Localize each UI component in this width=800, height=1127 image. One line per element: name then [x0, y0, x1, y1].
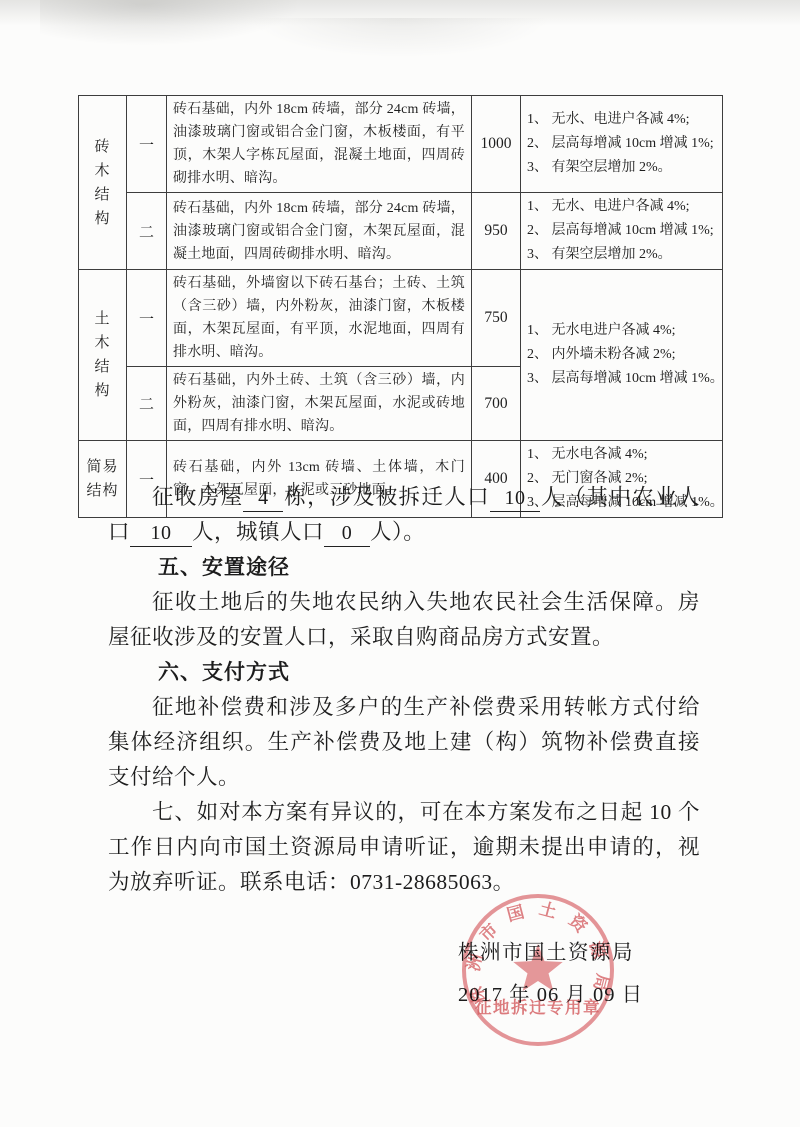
compensation-rates-table: 砖 木 结 构 一 砖石基础，内外 18cm 砖墙，部分 24cm 砖墙，油漆玻…: [78, 95, 723, 518]
table-row: 二 砖石基础，内外 18cm 砖墙，部分 24cm 砖墙，油漆玻璃门窗或铝合金门…: [79, 193, 723, 270]
table-row: 土 木 结 构 一 砖石基础，外墙窗以下砖石基台；土砖、土筑（含三砂）墙，内外粉…: [79, 270, 723, 367]
fill-in-blank: 0: [324, 520, 370, 547]
adjustment-line: 2、 内外墙未粉各减 2%;: [527, 343, 716, 367]
description-cell: 砖石基础，外墙窗以下砖石基台；土砖、土筑（含三砂）墙，内外粉灰，油漆门窗，木板楼…: [167, 270, 472, 367]
paragraph-resettlement: 征收土地后的失地农民纳入失地农民社会生活保障。房屋征收涉及的安置人口，采取自购商…: [108, 585, 700, 655]
description-cell: 砖石基础，内外 18cm 砖墙，部分 24cm 砖墙，油漆玻璃门窗或铝合金门窗，…: [167, 96, 472, 193]
adjustments-cell: 1、 无水、电进户各减 4%; 2、 层高每增减 10cm 增减 1%; 3、 …: [521, 96, 723, 193]
grade-cell: 二: [127, 367, 167, 441]
adjustments-cell: 1、 无水、电进户各减 4%; 2、 层高每增减 10cm 增减 1%; 3、 …: [521, 193, 723, 270]
scanned-document-page: 砖 木 结 构 一 砖石基础，内外 18cm 砖墙，部分 24cm 砖墙，油漆玻…: [0, 0, 800, 1127]
grade-cell: 二: [127, 193, 167, 270]
document-body: 征收房屋4栋，涉及被拆迁人口10人（其中农业人口10人，城镇人口0人）。 五、安…: [108, 480, 700, 900]
issuing-authority: 株洲市国土资源局: [458, 938, 643, 968]
adjustment-line: 3、 有架空层增加 2%。: [527, 243, 716, 267]
fill-in-blank: 10: [490, 485, 540, 512]
scan-smudge: [250, 18, 550, 58]
issue-date: 2017 年 06 月 09 日: [458, 980, 643, 1010]
description-cell: 砖石基础，内外土砖、土筑（含三砂）墙，内外粉灰，油漆门窗，木架瓦屋面，水泥或砖地…: [167, 367, 472, 441]
adjustment-line: 3、 有架空层增加 2%。: [527, 156, 716, 180]
adjustment-line: 1、 无水、电进户各减 4%;: [527, 195, 716, 219]
section-heading-5: 五、安置途径: [158, 550, 700, 585]
grade-cell: 一: [127, 96, 167, 193]
grade-cell: 一: [127, 270, 167, 367]
adjustment-line: 3、 层高每增减 10cm 增减 1%。: [527, 367, 716, 391]
fill-in-blank: 10: [130, 520, 192, 547]
table-row: 砖 木 结 构 一 砖石基础，内外 18cm 砖墙，部分 24cm 砖墙，油漆玻…: [79, 96, 723, 193]
scan-smudge: [0, 0, 800, 34]
adjustment-line: 2、 层高每增减 10cm 增减 1%;: [527, 132, 716, 156]
text-segment: 栋，涉及被拆迁人口: [283, 485, 490, 509]
adjustments-cell: 1、 无水电进户各减 4%; 2、 内外墙未粉各减 2%; 3、 层高每增减 1…: [521, 270, 723, 441]
paragraph-payment: 征地补偿费和涉及多户的生产补偿费采用转帐方式付给集体经济组织。生产补偿费及地上建…: [108, 690, 700, 795]
text-segment: 征收房屋: [152, 485, 243, 509]
structure-type-cell: 土 木 结 构: [79, 270, 127, 441]
paragraph-housing-stats: 征收房屋4栋，涉及被拆迁人口10人（其中农业人口10人，城镇人口0人）。: [108, 480, 700, 550]
paragraph-objection: 七、如对本方案有异议的，可在本方案发布之日起 10 个工作日内向市国土资源局申请…: [108, 795, 700, 900]
price-cell: 700: [472, 367, 521, 441]
price-cell: 1000: [472, 96, 521, 193]
adjustment-line: 1、 无水电进户各减 4%;: [527, 319, 716, 343]
structure-type-cell: 砖 木 结 构: [79, 96, 127, 270]
text-segment: 人）。: [370, 520, 425, 544]
signature-block: 株洲市国土资源局 2017 年 06 月 09 日: [458, 938, 643, 1010]
section-heading-6: 六、支付方式: [158, 655, 700, 690]
text-segment: 人，城镇人口: [192, 520, 324, 544]
scan-smudge: [40, 0, 300, 46]
adjustment-line: 2、 层高每增减 10cm 增减 1%;: [527, 219, 716, 243]
description-cell: 砖石基础，内外 18cm 砖墙，部分 24cm 砖墙，油漆玻璃门窗或铝合金门窗，…: [167, 193, 472, 270]
price-cell: 750: [472, 270, 521, 367]
adjustment-line: 1、 无水电各减 4%;: [527, 443, 716, 467]
adjustment-line: 1、 无水、电进户各减 4%;: [527, 108, 716, 132]
price-cell: 950: [472, 193, 521, 270]
fill-in-blank: 4: [243, 485, 283, 512]
